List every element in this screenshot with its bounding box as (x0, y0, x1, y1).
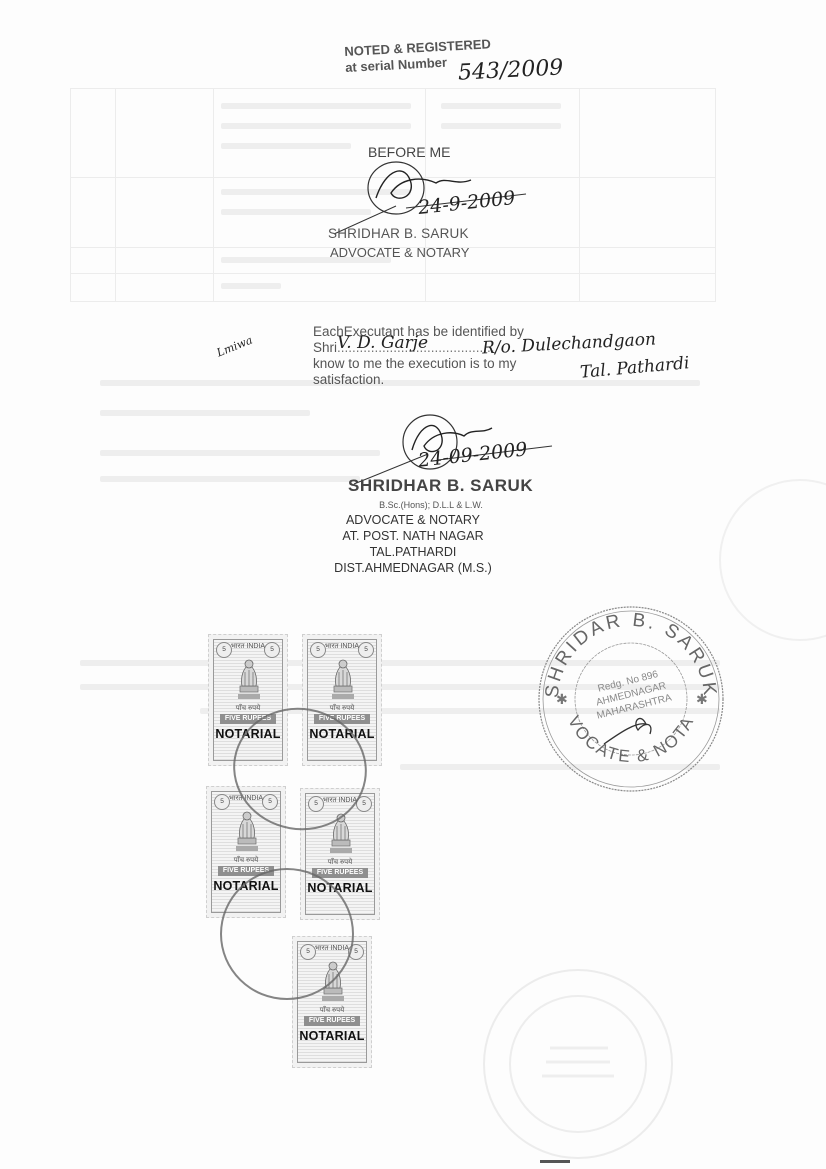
stamp-denomination: FIVE RUPEES (304, 1016, 360, 1026)
identifier-taluka: Tal. Pathardi (579, 353, 690, 382)
stamp-hindi-value: पाँच रुपये (212, 856, 280, 865)
initials: Lmiwa (215, 333, 254, 359)
stamp-hindi-value: पाँच रुपये (298, 1006, 366, 1015)
stamp-country: भारत INDIA (214, 642, 282, 651)
stamp-country: भारत INDIA (308, 642, 376, 651)
stamp-overprint: NOTARIAL (291, 1029, 373, 1043)
identification-line-3: know to me the execution is to my (313, 356, 524, 372)
svg-text:✱: ✱ (696, 691, 708, 707)
lion-capital-emblem-icon (328, 656, 358, 702)
stamp-notary-name: SHRIDHAR B. SARUK (348, 476, 533, 496)
notary-name-1: SHRIDHAR B. SARUK (328, 226, 469, 241)
notary-title-1: ADVOCATE & NOTARY (330, 245, 469, 260)
lion-capital-emblem-icon (234, 656, 264, 702)
svg-text:✱: ✱ (556, 691, 568, 707)
serial-number: 543/2009 (457, 55, 564, 85)
identification-line-4: satisfaction. (313, 372, 524, 388)
stamp-hindi-value: पाँच रुपये (306, 858, 374, 867)
page-bottom-mark (540, 1160, 570, 1163)
embossed-seal (480, 966, 676, 1162)
postmark-2 (220, 868, 354, 1000)
ghost-seal-edge (680, 460, 826, 660)
identifier-name: V. D. Garje (337, 333, 428, 353)
